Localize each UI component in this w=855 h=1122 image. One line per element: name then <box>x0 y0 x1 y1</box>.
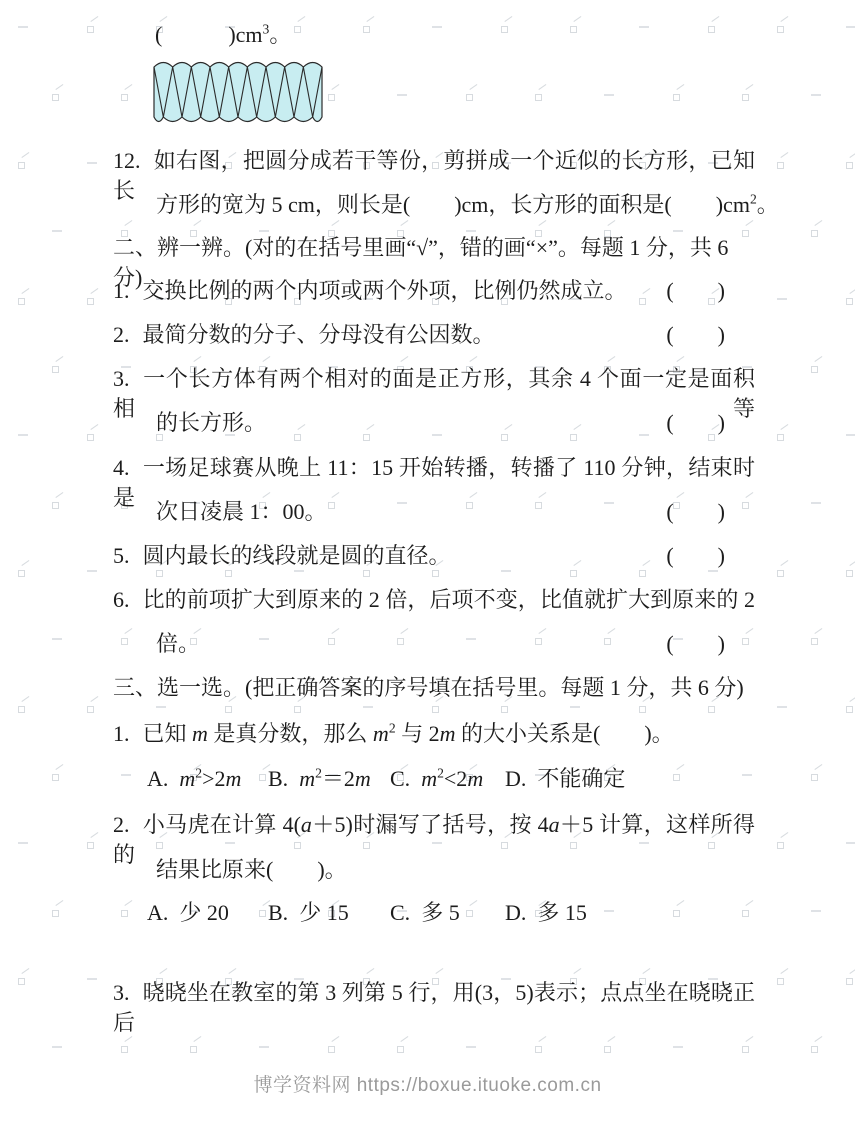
answer-blank: ( ) <box>666 629 725 659</box>
tf-question-2: 2.最简分数的分子、分母没有公因数。 ( ) <box>113 320 755 350</box>
answer-blank: 方形的宽为 5 cm，则长是( )cm，长方形的面积是( )cm <box>156 192 750 217</box>
mc-question-3-line-1: 3.晓晓坐在教室的第 3 列第 5 行，用(3，5)表示；点点坐在晓晓正后 <box>113 978 755 1038</box>
option-b: B.少 15 <box>268 898 349 928</box>
tf-question-6-line-1: 6.比的前项扩大到原来的 2 倍，后项不变，比值就扩大到原来的 2 <box>113 585 755 615</box>
option-c: C.多 5 <box>390 898 460 928</box>
mc-question-2-line-2: 结果比原来( )。 <box>113 855 755 885</box>
option-c: C.m2<2m <box>390 764 483 794</box>
answer-blank: ( ) <box>666 320 725 350</box>
option-d: D.多 15 <box>505 898 587 928</box>
tf-question-1: 1.交换比例的两个内项或两个外项，比例仍然成立。 ( ) <box>113 276 755 306</box>
answer-blank: ( ) <box>666 541 725 571</box>
question-number: 6. <box>113 587 130 612</box>
answer-blank: 的大小关系是( )。 <box>456 721 674 746</box>
figure-outline <box>154 63 322 122</box>
tf-question-6-line-2: 倍。 ( ) <box>113 629 755 659</box>
tf-question-4-line-2: 次日凌晨 1：00。 ( ) <box>113 497 755 527</box>
mc-question-1: 1.已知 m 是真分数，那么 m2 与 2m 的大小关系是( )。 <box>113 719 755 749</box>
question-number: 1. <box>113 721 130 746</box>
question-number: 3. <box>113 980 130 1005</box>
exam-paper-page: ( )cm3。 12.如右图，把圆分成若干等份，剪拼成一个近似的长方形，已知长 … <box>0 0 855 1122</box>
answer-blank: 结果比原来( )。 <box>156 857 347 882</box>
answer-blank: ( ) <box>666 497 725 527</box>
question-number: 3. <box>113 366 130 391</box>
superscript-2: 2 <box>750 192 757 207</box>
option-a: A.少 20 <box>147 898 229 928</box>
section-3-header: 三、选一选。(把正确答案的序号填在括号里。每题 1 分，共 6 分) <box>113 673 755 703</box>
option-d: D.不能确定 <box>505 764 625 794</box>
q11-answer-fragment: ( )cm3。 <box>113 20 755 50</box>
answer-blank: ( )cm <box>155 22 263 47</box>
answer-blank: ( ) <box>666 408 725 438</box>
question-number: 1. <box>113 278 130 303</box>
site-name: 博学资料网 <box>253 1075 356 1096</box>
question-number: 2. <box>113 812 130 837</box>
option-a: A.m2>2m <box>147 764 241 794</box>
question-number: 4. <box>113 455 130 480</box>
page-content: ( )cm3。 12.如右图，把圆分成若干等份，剪拼成一个近似的长方形，已知长 … <box>0 0 855 1122</box>
question-number: 2. <box>113 322 130 347</box>
answer-blank: ( ) <box>666 276 725 306</box>
question-12-line-2: 方形的宽为 5 cm，则长是( )cm，长方形的面积是( )cm2。 <box>113 190 755 220</box>
question-number: 5. <box>113 543 130 568</box>
footer-credit: 博学资料网 https://boxue.ituoke.com.cn <box>0 1070 855 1097</box>
site-url[interactable]: https://boxue.ituoke.com.cn <box>357 1075 602 1096</box>
option-b: B.m2＝2m <box>268 764 371 794</box>
tf-question-5: 5.圆内最长的线段就是圆的直径。 ( ) <box>113 541 755 571</box>
question-number: 12. <box>113 148 141 173</box>
circle-sectors-figure <box>152 58 324 126</box>
tf-question-3-line-2: 的长方形。 ( ) <box>113 408 755 438</box>
